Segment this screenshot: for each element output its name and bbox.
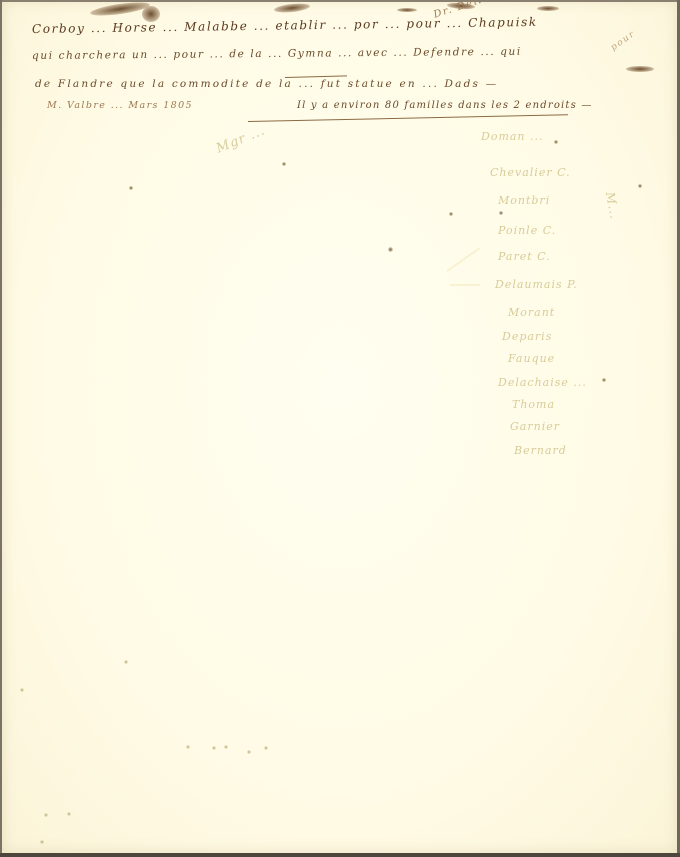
paper-speck: [67, 812, 71, 816]
paper-speck: [264, 746, 268, 750]
bleed-item: Delachaise ...: [498, 376, 587, 389]
handwritten-line-5: Il y a environ 80 familles dans les 2 en…: [297, 100, 593, 111]
scan-edge-left: [0, 0, 2, 857]
paper-speck: [247, 750, 251, 754]
bleed-item: Morant: [508, 306, 555, 319]
paper-speck: [186, 745, 190, 749]
bleed-item: Chevalier C.: [490, 166, 571, 179]
ink-flourish-6: [397, 8, 417, 12]
bleed-item: Garnier: [510, 420, 560, 433]
paper-speck: [129, 186, 133, 190]
bleed-item: Delaumais P.: [495, 278, 578, 291]
paper-speck: [554, 140, 558, 144]
bleed-misc-2: M...: [603, 191, 622, 221]
handwritten-line-1: Corboy ... Horse ... Malabbe ... etablir…: [32, 15, 538, 36]
underline-rule-2: [248, 114, 568, 122]
bleed-item: Bernard: [514, 444, 567, 457]
paper-speck: [449, 212, 453, 216]
paper-speck: [212, 746, 216, 750]
manuscript-page: Corboy ... Horse ... Malabbe ... etablir…: [2, 0, 678, 853]
bleed-item: Thoma: [512, 398, 555, 411]
paper-speck: [282, 162, 286, 166]
bleed-item: Poinle C.: [498, 224, 556, 237]
bleed-item: Doman ...: [481, 130, 544, 143]
paper-speck: [638, 184, 642, 188]
paper-speck: [20, 688, 24, 692]
paper-speck: [602, 378, 606, 382]
bleed-stroke: [450, 284, 480, 286]
bleed-item: Fauque: [508, 352, 555, 365]
paper-speck: [388, 247, 393, 252]
paper-speck: [44, 813, 48, 817]
marginal-note-right: pour: [609, 29, 637, 53]
handwritten-line-3: de Flandre que la commodite de la ... fu…: [35, 78, 498, 90]
handwritten-line-4: M. Valbre ... Mars 1805: [47, 100, 193, 111]
paper-speck: [499, 211, 503, 215]
scan-edge-top: [0, 0, 680, 2]
paper-speck: [224, 745, 228, 749]
bleed-item: Paret C.: [498, 250, 551, 263]
bleed-misc-1: Mgr ...: [214, 123, 267, 156]
bleed-item: Montbri: [498, 194, 550, 207]
ink-flourish-3: [274, 2, 311, 14]
ink-blot-right: [626, 66, 654, 72]
scan-edge-bottom: [0, 853, 680, 857]
bleed-stroke: [446, 247, 480, 272]
bleed-item: Deparis: [502, 330, 552, 343]
ink-flourish-5: [537, 6, 559, 11]
handwritten-line-2: qui charchera un ... pour ... de la ... …: [32, 46, 522, 62]
paper-speck: [40, 840, 44, 844]
paper-speck: [124, 660, 128, 664]
